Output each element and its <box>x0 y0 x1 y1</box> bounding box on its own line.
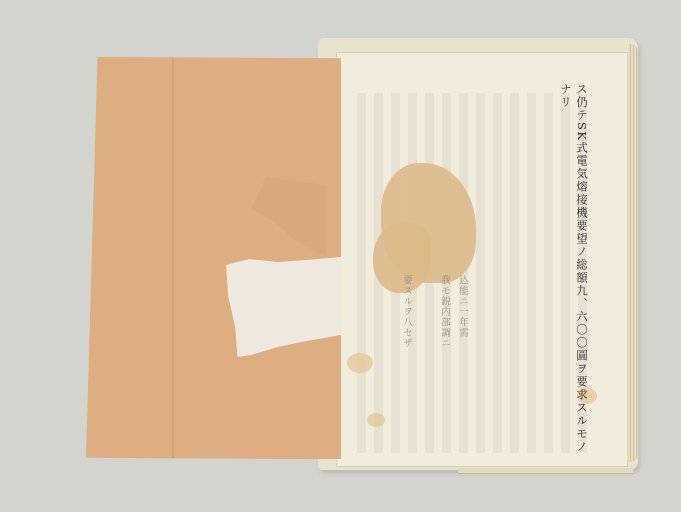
text-column: ナリ <box>559 83 573 109</box>
faint-text-column: 我モ鋭内部調ニ <box>437 275 451 349</box>
foxing-spot <box>347 353 373 373</box>
page-stack-bottom-edge <box>458 468 633 474</box>
torn-patch <box>226 257 341 357</box>
first-page: ス仍テSK式電気熔接機要望ノ総額九、六〇〇圓ヲ要求スルモノ ナリ 込能ニ一年需 … <box>336 52 628 467</box>
text-column: ス仍テSK式電気熔接機要望ノ総額九、六〇〇圓ヲ要求スルモノ <box>575 83 589 453</box>
faint-text-column: 込能ニ一年需 <box>455 275 469 338</box>
document-scan: ス仍テSK式電気熔接機要望ノ総額九、六〇〇圓ヲ要求スルモノ ナリ 込能ニ一年需 … <box>0 0 681 512</box>
foxing-spot <box>367 413 385 427</box>
page-stack-edge <box>628 44 638 462</box>
cover-crease <box>172 57 174 459</box>
peeled-area <box>251 177 326 257</box>
faint-text-column: 要スルヲ八セザ <box>399 275 413 349</box>
booklet-cover <box>86 57 341 459</box>
